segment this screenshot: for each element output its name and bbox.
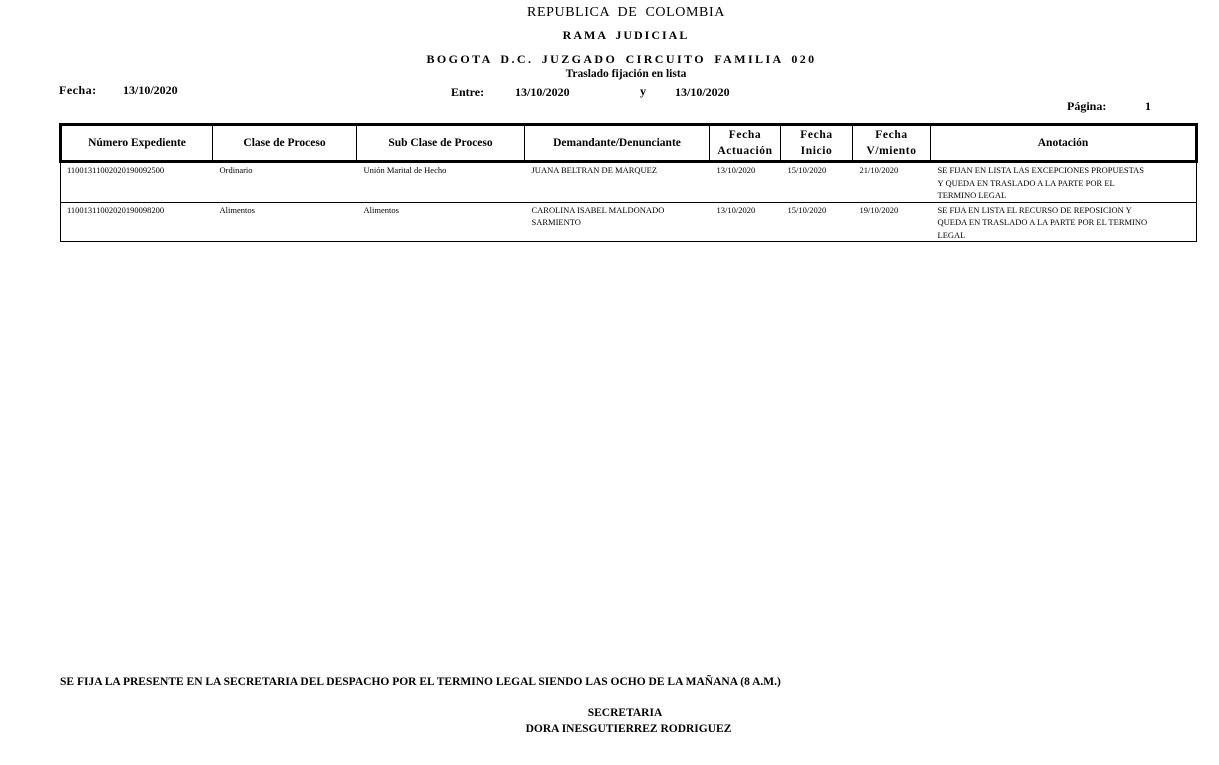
pagina-label: Página: (1067, 99, 1106, 114)
cell-fecha-actuacion: 13/10/2020 (710, 162, 781, 203)
entre-and: y (640, 84, 646, 99)
table-row: 11001311002020190092500 Ordinario Unión … (61, 162, 1197, 203)
signature-name: DORA INESGUTIERREZ RODRIGUEZ (0, 723, 1219, 735)
header-country: REPUBLICA DE COLOMBIA (0, 5, 1219, 21)
footer-notice: SE FIJA LA PRESENTE EN LA SECRETARIA DEL… (60, 676, 781, 688)
cell-clase: Alimentos (213, 202, 357, 242)
entre-to: 13/10/2020 (675, 85, 730, 100)
fecha-value: 13/10/2020 (123, 83, 178, 98)
col-clase-proceso: Clase de Proceso (213, 125, 357, 162)
traslado-table: Número Expediente Clase de Proceso Sub C… (59, 123, 1198, 242)
col-fecha-inicio: FechaInicio (781, 125, 853, 162)
cell-expediente: 11001311002020190098200 (61, 202, 213, 242)
cell-fecha-inicio: 15/10/2020 (781, 202, 853, 242)
header-court: BOGOTA D.C. JUZGADO CIRCUITO FAMILIA 020 (0, 52, 1219, 67)
col-demandante: Demandante/Denunciante (525, 125, 710, 162)
cell-demandante: CAROLINA ISABEL MALDONADO SARMIENTO (525, 202, 710, 242)
cell-expediente: 11001311002020190092500 (61, 162, 213, 203)
signature-role: SECRETARIA (0, 707, 1219, 719)
cell-clase: Ordinario (213, 162, 357, 203)
col-anotacion: Anotación (931, 125, 1197, 162)
col-subclase-proceso: Sub Clase de Proceso (357, 125, 525, 162)
pagina-value: 1 (1145, 99, 1151, 114)
cell-fecha-vencimiento: 21/10/2020 (853, 162, 931, 203)
col-fecha-vencimiento: FechaV/miento (853, 125, 931, 162)
cell-demandante: JUANA BELTRAN DE MARQUEZ (525, 162, 710, 203)
cell-fecha-inicio: 15/10/2020 (781, 162, 853, 203)
header-branch: RAMA JUDICIAL (0, 28, 1219, 43)
col-numero-expediente: Número Expediente (61, 125, 213, 162)
cell-anotacion: SE FIJA EN LISTA EL RECURSO DE REPOSICIO… (931, 202, 1197, 242)
entre-from: 13/10/2020 (515, 85, 570, 100)
cell-fecha-vencimiento: 19/10/2020 (853, 202, 931, 242)
cell-subclase: Alimentos (357, 202, 525, 242)
table-header-row: Número Expediente Clase de Proceso Sub C… (61, 125, 1197, 162)
cell-anotacion: SE FIJAN EN LISTA LAS EXCEPCIONES PROPUE… (931, 162, 1197, 203)
cell-fecha-actuacion: 13/10/2020 (710, 202, 781, 242)
cell-subclase: Unión Marital de Hecho (357, 162, 525, 203)
document-type: Traslado fijación en lista (0, 68, 1219, 80)
fecha-label: Fecha: (59, 83, 97, 98)
entre-label: Entre: (451, 85, 484, 100)
col-fecha-actuacion: FechaActuación (710, 125, 781, 162)
table-row: 11001311002020190098200 Alimentos Alimen… (61, 202, 1197, 242)
